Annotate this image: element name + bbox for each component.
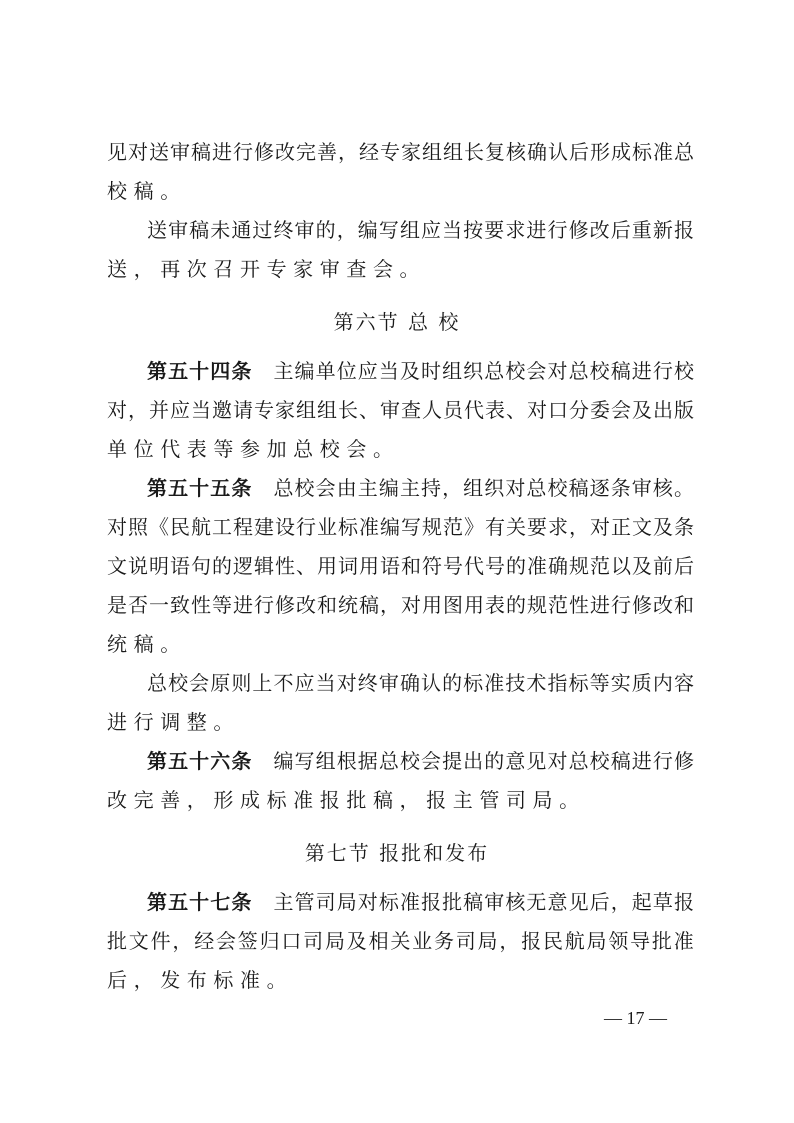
section-heading-6: 第六节 总 校	[0, 307, 794, 337]
text-line: 对照《民航工程建设行业标准编写规范》有关要求，对正文及条	[107, 512, 694, 542]
text-line: 进行调整。	[107, 707, 694, 737]
text-line: 送，再次召开专家审查会。	[107, 254, 694, 284]
text-line: 统稿。	[107, 629, 694, 659]
text-line: 是否一致性等进行修改和统稿，对用图用表的规范性进行修改和	[107, 590, 694, 620]
text-line: 改完善，形成标准报批稿，报主管司局。	[107, 785, 694, 815]
article-line: 第五十五条 总校会由主编主持，组织对总校稿逐条审核。	[147, 473, 694, 503]
text-line: 单位代表等参加总校会。	[107, 434, 694, 464]
text-line: 文说明语句的逻辑性、用词用语和符号代号的准确规范以及前后	[107, 551, 694, 581]
text-line: 总校会原则上不应当对终审确认的标准技术指标等实质内容	[147, 668, 694, 698]
text-line: 批文件，经会签归口司局及相关业务司局，报民航局领导批准	[107, 926, 694, 956]
text-line: 对，并应当邀请专家组组长、审查人员代表、对口分委会及出版	[107, 395, 694, 425]
article-line: 第五十六条 编写组根据总校会提出的意见对总校稿进行修	[147, 746, 694, 776]
section-heading-7: 第七节 报批和发布	[0, 838, 794, 868]
article-line: 第五十四条 主编单位应当及时组织总校会对总校稿进行校	[147, 356, 694, 386]
text-line: 见对送审稿进行修改完善，经专家组组长复核确认后形成标准总	[107, 137, 694, 167]
text-line: 校稿。	[107, 176, 694, 206]
article-line: 第五十七条 主管司局对标准报批稿审核无意见后，起草报	[147, 887, 694, 917]
document-page: 见对送审稿进行修改完善，经专家组组长复核确认后形成标准总校稿。送审稿未通过终审的…	[0, 0, 794, 1123]
text-line: 后，发布标准。	[107, 965, 694, 995]
text-line: 送审稿未通过终审的，编写组应当按要求进行修改后重新报	[147, 215, 694, 245]
page-number: — 17 —	[604, 1008, 667, 1029]
